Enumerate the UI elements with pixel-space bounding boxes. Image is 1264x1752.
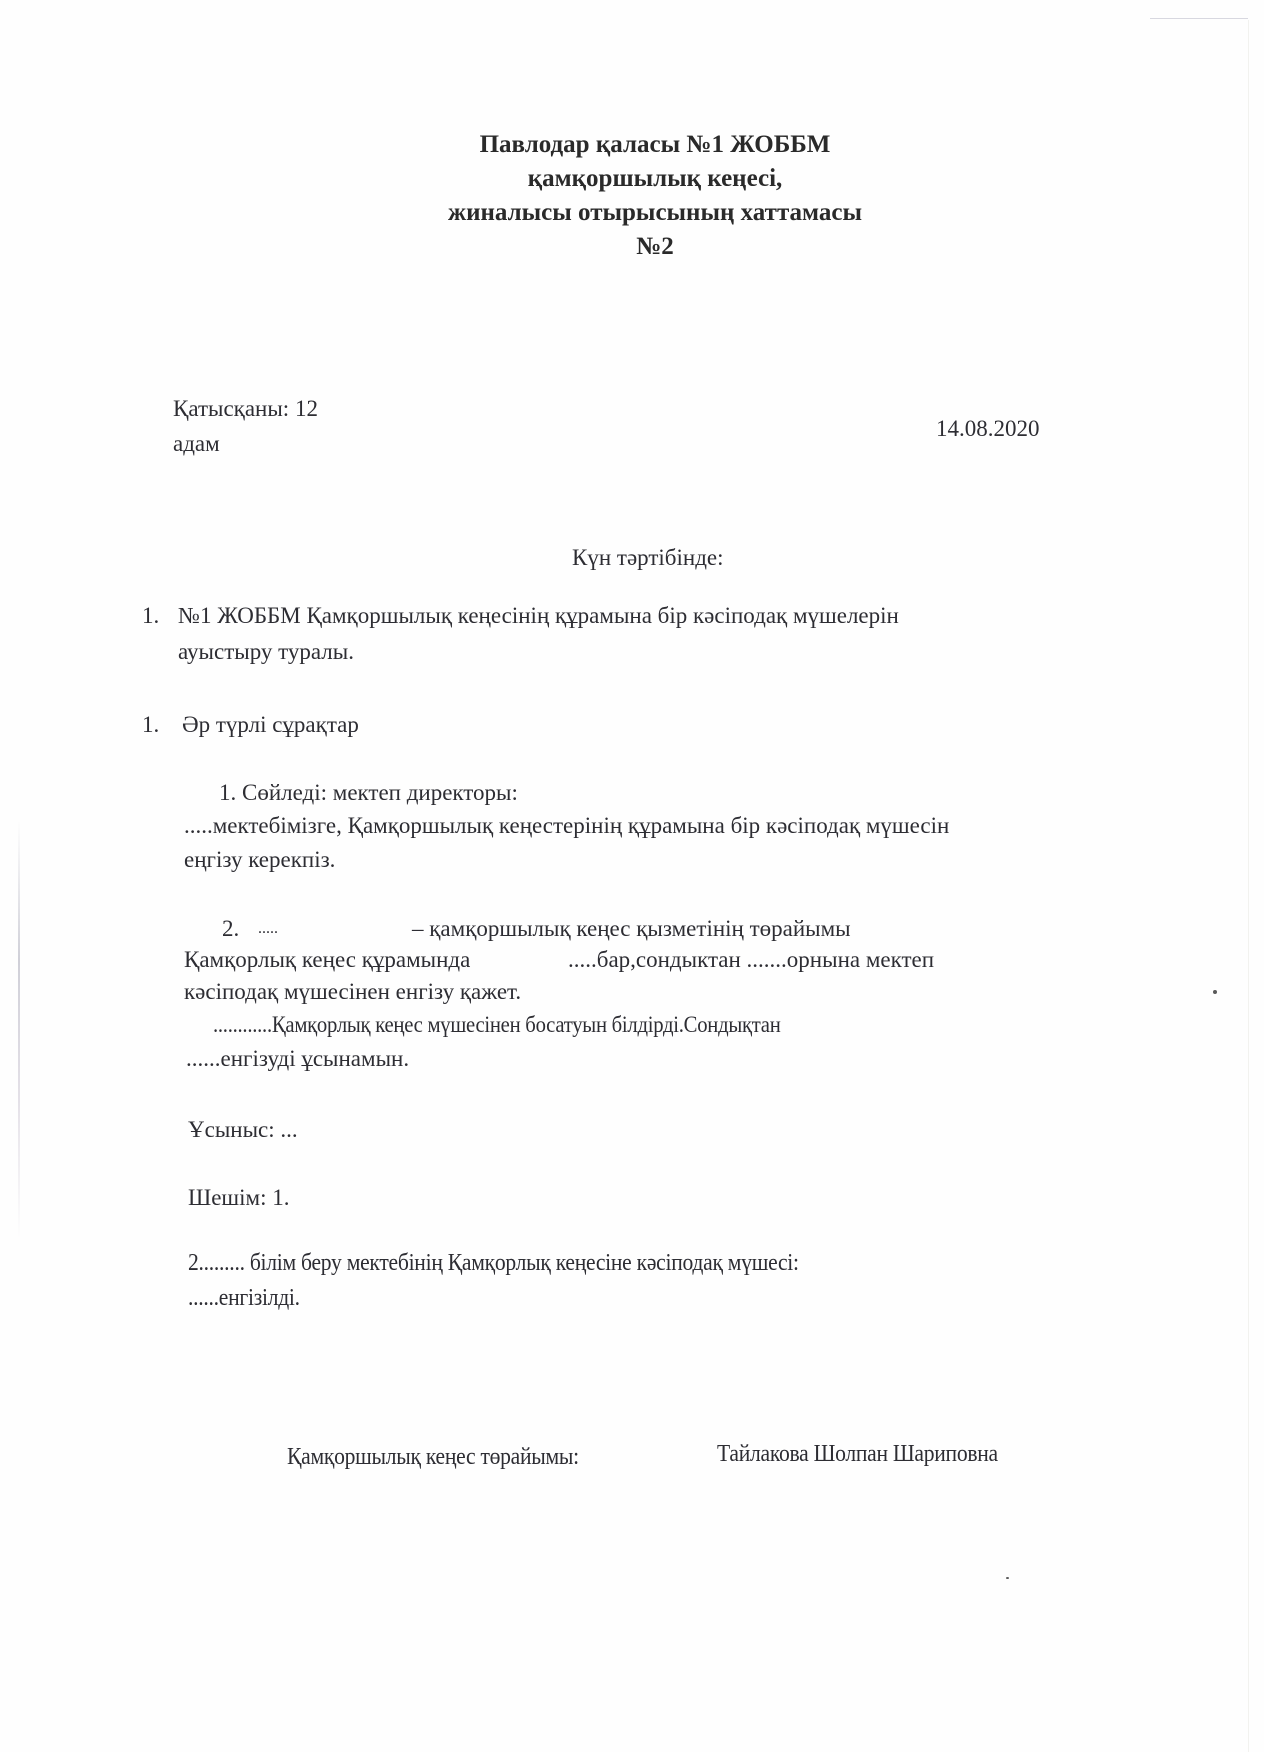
document-title: Павлодар қаласы №1 ЖОББМ қамқоршылық кең… [0,128,1264,264]
speech-text: .....бар,сондыктан .......орнына мектеп [568,942,934,977]
scan-speck [1213,990,1217,994]
speech-text-cont: ......енгізуді ұсынамын. [186,1041,409,1076]
speech-text-cont: еңгізу керекпіз. [184,842,335,877]
speech-text-cont: кәсіподақ мүшесінен енгізу қажет. [184,974,521,1009]
scan-edge-artifact [1248,20,1249,1752]
meeting-date: 14.08.2020 [936,411,1040,446]
speaker-name-placeholder: ..... [258,911,278,946]
speech-text: .....мектебімізге, Қамқоршылық кеңестері… [184,808,949,843]
speech-text-cont: ............Қамқорлық кеңес мүшесінен бо… [213,1007,781,1042]
agenda-item-text: №1 ЖОББМ Қамқоршылық кеңесінің құрамына … [178,598,899,633]
proposal: Ұсыныс: ... [188,1112,298,1147]
attendance-unit: адам [173,426,220,461]
agenda-item-number: 1. [142,707,159,742]
signature-name: Тайлакова Шолпан Шариповна [717,1437,998,1472]
signature-role: Қамқоршылық кеңес төрайымы: [287,1440,579,1475]
agenda-item-number: 1. [142,598,159,633]
scan-speck [1006,1577,1009,1579]
scan-edge-artifact [18,820,20,1240]
agenda-item-text: Әр түрлі сұрақтар [182,707,359,742]
speech-text: Қамқорлық кеңес құрамында [184,942,470,977]
title-line-3: жиналысы отырысының хаттамасы [0,196,1264,230]
speaker-heading: 1. Сөйледі: мектеп директоры: [219,775,518,810]
scanned-document-page: Павлодар қаласы №1 ЖОББМ қамқоршылық кең… [0,0,1264,1752]
speaker-number: 2. [222,911,239,946]
protocol-number: №2 [0,230,1264,264]
title-line-2: қамқоршылық кеңесі, [0,162,1264,196]
decision-label: Шешім: 1. [188,1180,289,1215]
scan-edge-artifact [1150,18,1248,19]
speaker-role: – қамқоршылық кеңес қызметінің төрайымы [412,911,851,946]
decision-text: 2......... білім беру мектебінің Қамқорл… [188,1246,799,1281]
agenda-item-text-cont: ауыстыру туралы. [178,634,354,669]
decision-text-cont: ......енгізілді. [188,1281,300,1316]
attendance-count: Қатысқаны: 12 [173,391,318,426]
agenda-heading: Күн тәртібінде: [572,540,724,575]
title-line-1: Павлодар қаласы №1 ЖОББМ [0,128,1264,162]
